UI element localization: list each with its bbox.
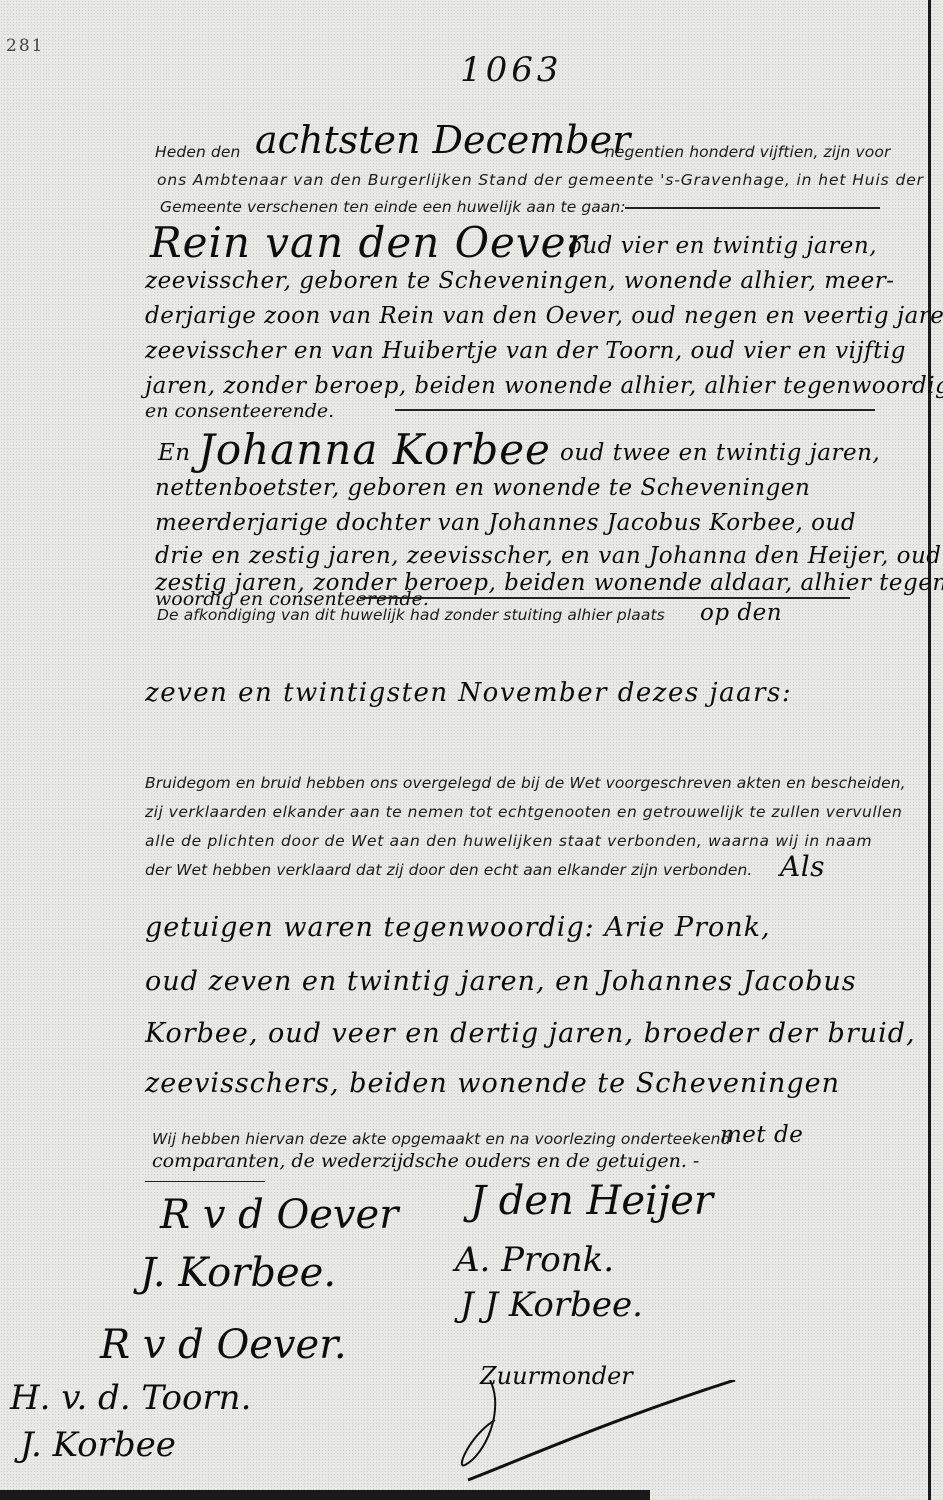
signature-bride-father: J. Korbee: [20, 1425, 176, 1465]
groom-line-5: jaren, zonder beroep, beiden wonende alh…: [145, 373, 943, 399]
witness-line-4: zeevisschers, beiden wonende te Scheveni…: [145, 1068, 840, 1099]
groom-name: Rein van den Oever: [150, 218, 588, 267]
signature-witness-pronk: A. Pronk.: [455, 1240, 614, 1280]
fill-line: [625, 207, 880, 209]
bride-line-3: meerderjarige dochter van Johannes Jacob…: [155, 510, 856, 536]
closing-hand-end: met de: [720, 1122, 803, 1148]
folio-number: 1063: [460, 50, 563, 90]
bottom-edge-bar: [0, 1490, 650, 1500]
groom-line-2: zeevisscher, geboren te Scheveningen, wo…: [145, 268, 895, 294]
groom-line-4: zeevisscher en van Huibertje van der Too…: [145, 338, 906, 364]
bride-line-4: drie en zestig jaren, zeevisscher, en va…: [155, 543, 941, 569]
witness-line-2: oud zeven en twintig jaren, en Johannes …: [145, 966, 857, 997]
groom-line-1: oud vier en twintig jaren,: [568, 233, 877, 259]
marriage-date-handwritten: achtsten December: [255, 118, 630, 162]
marriage-certificate-page: 281 1063 Heden den achtsten December neg…: [0, 0, 943, 1500]
preamble-line-2: ons Ambtenaar van den Burgerlijken Stand…: [157, 171, 924, 189]
declaration-line-2: zij verklaarden elkander aan te nemen to…: [145, 803, 902, 821]
signature-groom-mother: H. v. d. Toorn.: [10, 1378, 251, 1418]
banns-date-handwritten: zeven en twintigsten November dezes jaar…: [145, 678, 792, 708]
closing-hand-line-2: comparanten, de wederzijdsche ouders en …: [152, 1150, 699, 1172]
signature-groom: R v d Oever: [160, 1192, 398, 1238]
signature-bride-mother: J den Heijer: [470, 1178, 713, 1224]
closing-print: Wij hebben hiervan deze akte opgemaakt e…: [152, 1130, 731, 1148]
preamble-line-3: Gemeente verschenen ten einde een huweli…: [160, 198, 626, 216]
declaration-line-1: Bruidegom en bruid hebben ons overgelegd…: [145, 774, 906, 792]
bride-prefix: En: [158, 440, 191, 466]
groom-line-6: en consenteerende.: [145, 400, 334, 422]
preamble-print-end: negentien honderd vijftien, zijn voor: [605, 143, 890, 161]
fill-line: [360, 597, 850, 599]
fill-line: [395, 409, 875, 411]
preamble-print-start: Heden den: [155, 143, 240, 161]
bride-line-2: nettenboetster, geboren en wonende te Sc…: [155, 475, 810, 501]
signature-rule: [145, 1181, 265, 1182]
signature-bride: J. Korbee.: [140, 1250, 336, 1296]
witness-line-1: getuigen waren tegenwoordig: Arie Pronk,: [145, 912, 771, 943]
page-edge-rule: [928, 0, 931, 1500]
signature-witness-korbee: J J Korbee.: [460, 1285, 643, 1325]
groom-line-3: derjarige zoon van Rein van den Oever, o…: [145, 303, 943, 329]
bride-line-1: oud twee en twintig jaren,: [560, 440, 880, 466]
declaration-hand-end: Als: [780, 850, 825, 883]
banns-print: De afkondiging van dit huwelijk had zond…: [157, 606, 665, 624]
registrar-flourish-icon: [460, 1380, 740, 1490]
banns-hand-end: op den: [700, 600, 782, 626]
declaration-line-4: der Wet hebben verklaard dat zij door de…: [145, 861, 752, 879]
declaration-line-3: alle de plichten door de Wet aan den huw…: [145, 832, 872, 850]
witness-line-3: Korbee, oud veer en dertig jaren, broede…: [145, 1018, 916, 1049]
signature-groom-father: R v d Oever.: [100, 1322, 347, 1368]
bride-name: Johanna Korbee: [198, 425, 551, 474]
corner-page-mark: 281: [6, 36, 44, 56]
